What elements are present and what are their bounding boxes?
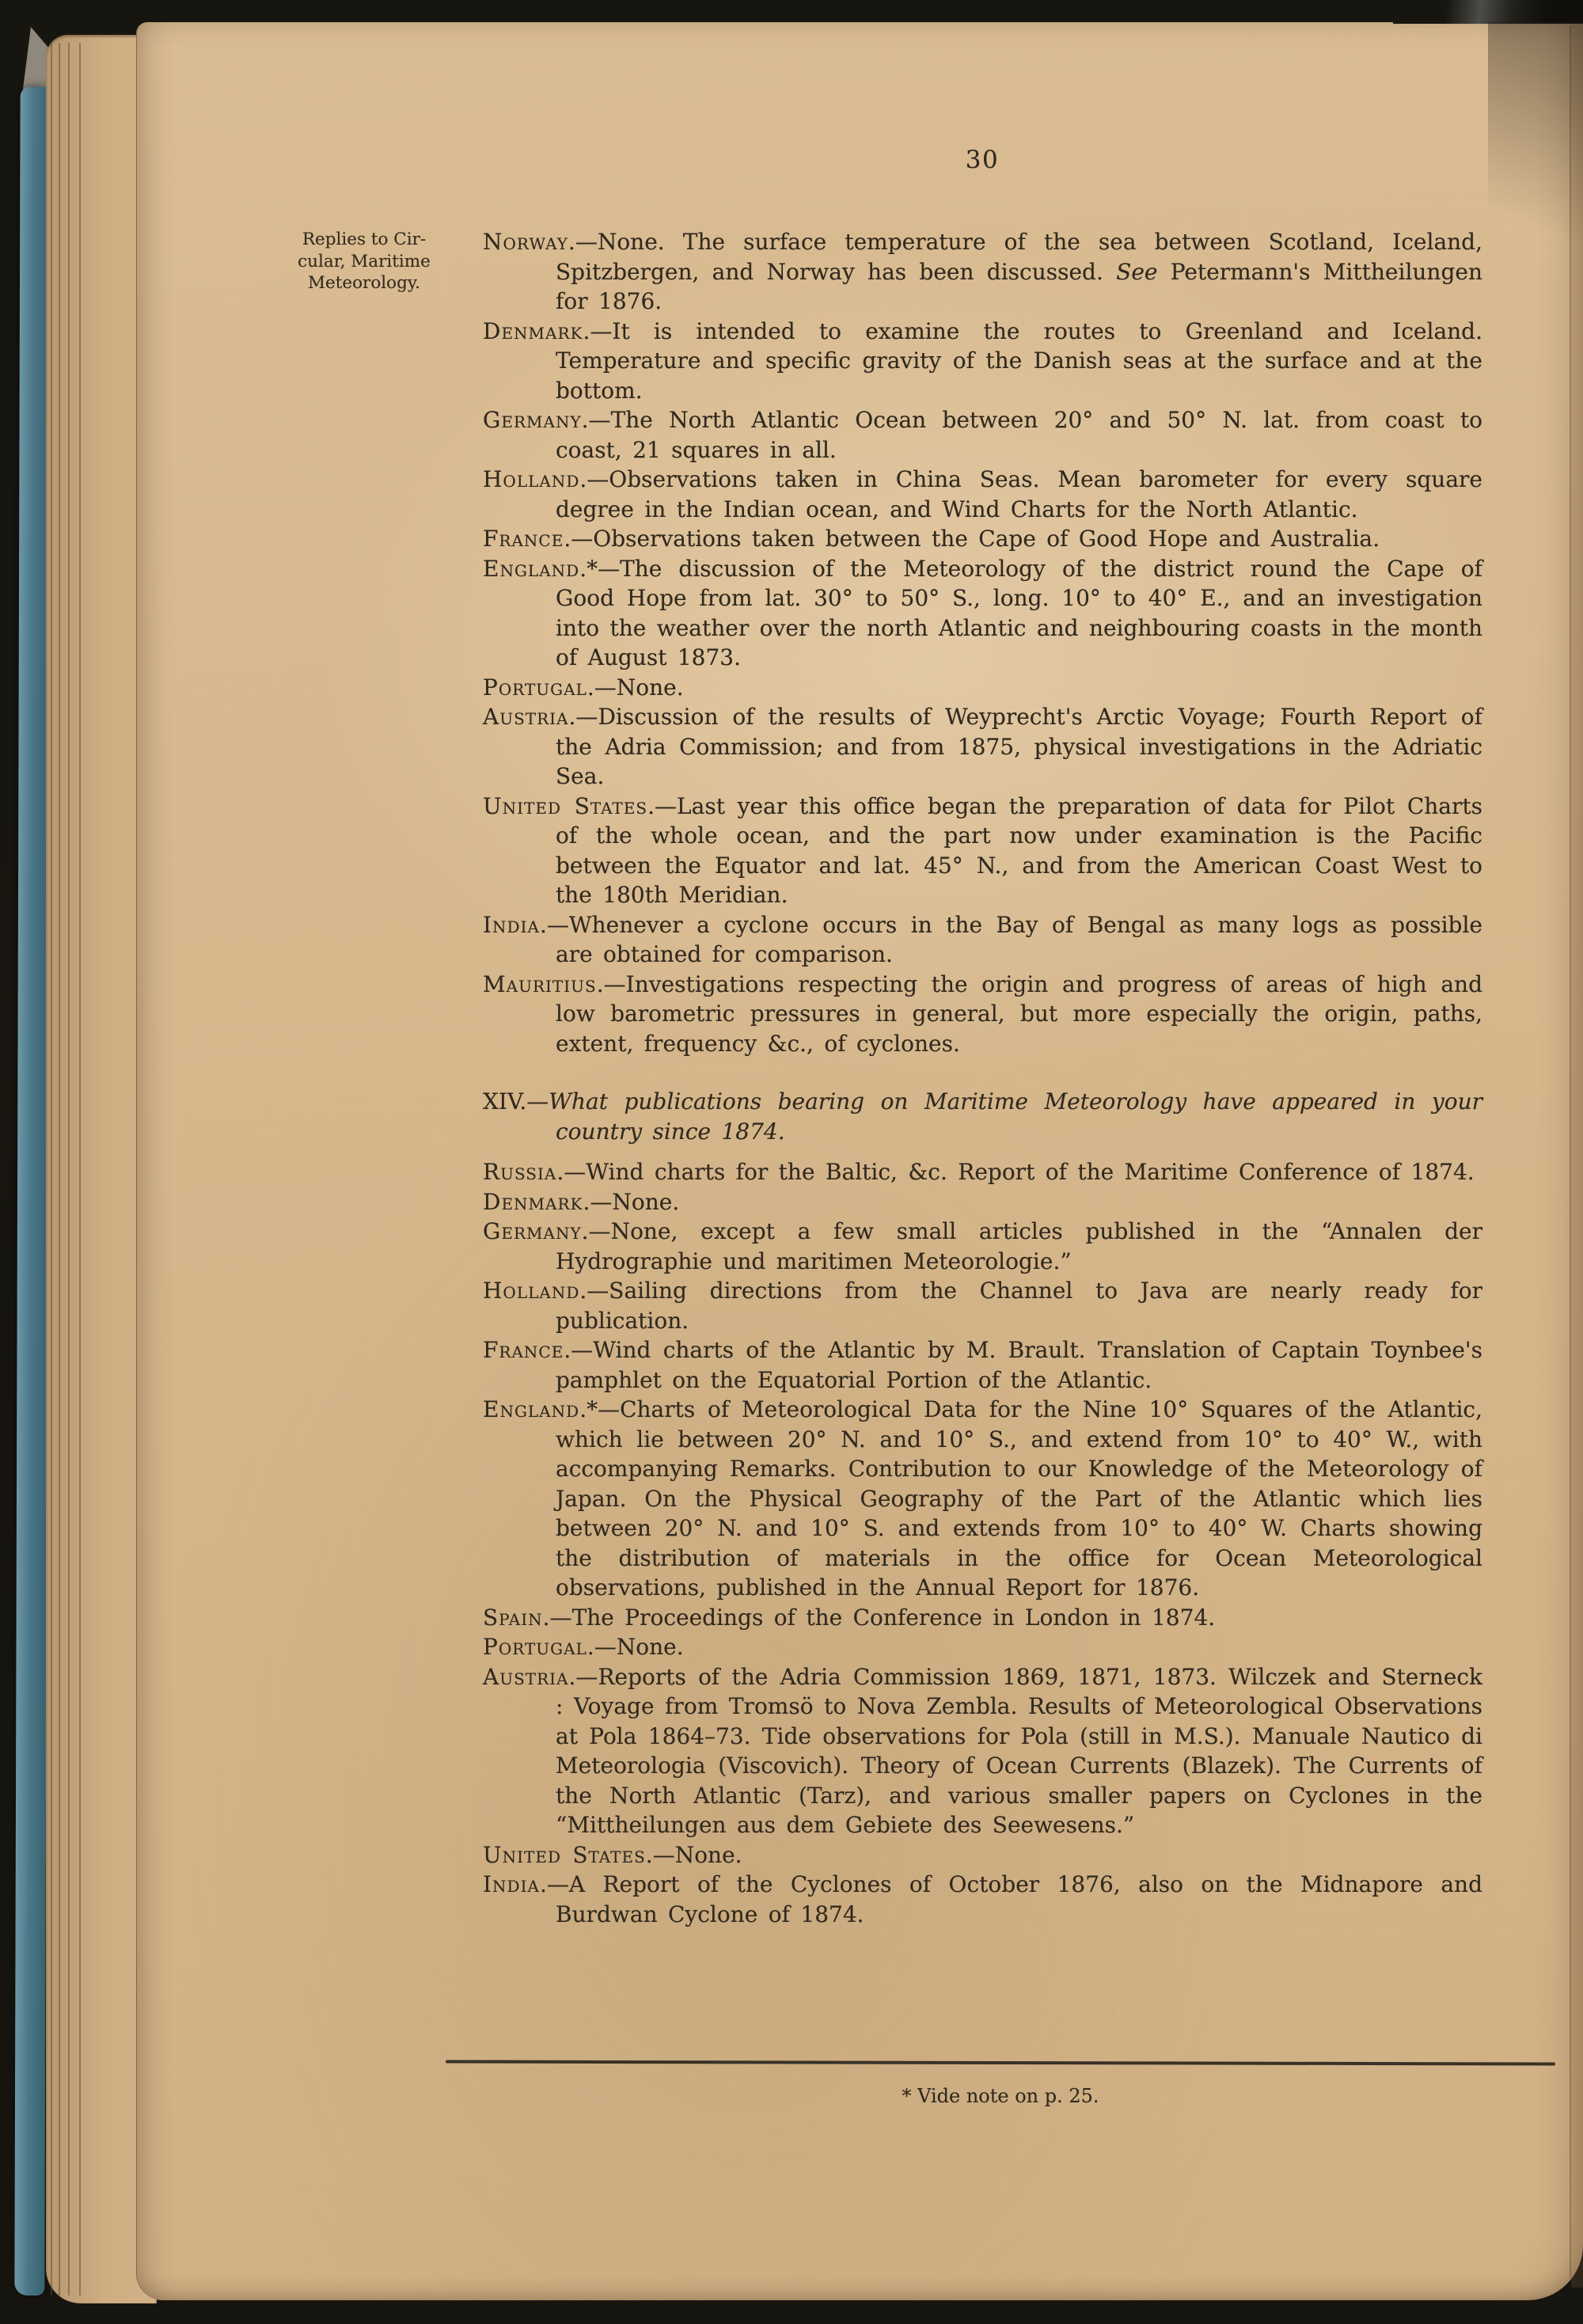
book-cover-edge (14, 87, 50, 2296)
publications-list: Russia.—Wind charts for the Baltic, &c. … (483, 1157, 1482, 1929)
page-number: 30 (483, 146, 1482, 174)
entry-text: None. (675, 1842, 742, 1868)
country-label: United States (483, 1842, 646, 1868)
country-label: Denmark (483, 318, 583, 344)
entry-separator: .*— (579, 1396, 620, 1422)
page-edge-line (51, 43, 52, 2296)
country-label: England (483, 556, 579, 582)
entry-text: Observations taken in China Seas. Mean b… (556, 466, 1482, 522)
entry-text: Discussion of the results of Weyprecht's… (556, 704, 1482, 789)
entry-text: Reports of the Adria Commission 1869, 18… (556, 1664, 1482, 1839)
entry-text: Observations taken between the Cape of G… (593, 526, 1380, 552)
country-label: Portugal (483, 1634, 587, 1660)
entry-separator: .— (587, 674, 617, 701)
country-label: England (483, 1396, 579, 1422)
country-entry: Denmark.—It is intended to examine the r… (483, 317, 1482, 406)
country-entry: United States.—Last year this office beg… (483, 792, 1482, 910)
replies-list: Norway.—None. The surface temperature of… (483, 227, 1482, 1058)
binding-corner (1393, 0, 1583, 24)
country-label: France (483, 526, 564, 552)
margin-note: Replies to Cir- cular, Maritime Meteorol… (275, 229, 453, 294)
margin-note-line: Replies to Cir- (302, 230, 426, 249)
entry-text: See (1116, 259, 1157, 285)
corner-shadow (1488, 22, 1583, 370)
country-label: Russia (483, 1159, 556, 1185)
country-label: Norway (483, 229, 568, 255)
entry-separator: .— (569, 1664, 598, 1690)
country-label: Mauritius (483, 971, 597, 997)
section-heading: XIV.—What publications bearing on Mariti… (483, 1087, 1482, 1146)
country-label: Germany (483, 407, 582, 433)
country-label: Germany (483, 1218, 582, 1244)
entry-text: A Report of the Cyclones of October 1876… (556, 1871, 1482, 1927)
entry-text: Wind charts for the Baltic, &c. Report o… (586, 1159, 1474, 1185)
country-label: Austria (483, 704, 569, 730)
entry-separator: .— (647, 793, 677, 819)
country-entry: Austria.—Discussion of the results of We… (483, 702, 1482, 792)
entry-separator: .— (540, 1871, 569, 1897)
country-entry: United States.—None. (483, 1840, 1482, 1870)
country-entry: England.*—The discussion of the Meteorol… (483, 554, 1482, 673)
entry-separator: .— (579, 1278, 609, 1304)
scanned-book-page: { "colors": { "paper": "#d6b78c", "cover… (0, 0, 1583, 2324)
entry-text: The Proceedings of the Conference in Lon… (572, 1604, 1216, 1631)
country-entry: England.*—Charts of Meteorological Data … (483, 1395, 1482, 1603)
country-label: United States (483, 793, 647, 819)
country-entry: India.—A Report of the Cyclones of Octob… (483, 1870, 1482, 1929)
entry-separator: .— (556, 1159, 586, 1185)
page-edge-line (68, 43, 70, 2296)
footnote: * Vide note on p. 25. (446, 2085, 1555, 2107)
country-entry: Germany.—The North Atlantic Ocean betwee… (483, 405, 1482, 465)
country-label: Holland (483, 466, 579, 492)
country-label: Holland (483, 1278, 579, 1304)
country-entry: Mauritius.—Investigations respecting the… (483, 970, 1482, 1059)
section-heading-text: What publications bearing on Maritime Me… (549, 1088, 1482, 1145)
country-entry: France.—Observations taken between the C… (483, 524, 1482, 554)
entry-text: None. (612, 1189, 679, 1215)
country-entry: Germany.—None, except a few small articl… (483, 1217, 1482, 1276)
entry-text: None, except a few small articles publis… (556, 1218, 1482, 1274)
country-label: Denmark (483, 1189, 583, 1215)
page-edge-line (79, 43, 81, 2296)
page-edge-line (59, 43, 60, 2296)
country-entry: France.—Wind charts of the Atlantic by M… (483, 1335, 1482, 1395)
entry-separator: .— (587, 1634, 617, 1660)
entry-separator: .— (569, 704, 598, 730)
entry-text: Sailing directions from the Channel to J… (556, 1278, 1482, 1334)
country-entry: Norway.—None. The surface temperature of… (483, 227, 1482, 317)
entry-text: None. (617, 674, 684, 701)
entry-text: It is intended to examine the routes to … (556, 318, 1482, 404)
margin-note-line: cular, Maritime (298, 252, 431, 272)
entry-text: Charts of Meteorological Data for the Ni… (556, 1396, 1482, 1601)
country-entry: Austria.—Reports of the Adria Commission… (483, 1662, 1482, 1840)
country-entry: Spain.—The Proceedings of the Conference… (483, 1603, 1482, 1633)
country-entry: Holland.—Observations taken in China Sea… (483, 465, 1482, 524)
entry-text: The North Atlantic Ocean between 20° and… (556, 407, 1482, 463)
entry-separator: .— (646, 1842, 675, 1868)
country-entry: Portugal.—None. (483, 673, 1482, 703)
entry-separator: .— (583, 1189, 612, 1215)
country-entry: Holland.—Sailing directions from the Cha… (483, 1276, 1482, 1335)
country-label: Portugal (483, 674, 587, 701)
entry-text: Investigations respecting the origin and… (556, 971, 1482, 1057)
entry-text: Whenever a cyclone occurs in the Bay of … (556, 912, 1482, 968)
entry-separator: .— (564, 1337, 593, 1363)
section-numeral: XIV.— (483, 1088, 549, 1115)
entry-separator: .— (568, 229, 598, 255)
country-label: Spain (483, 1604, 543, 1631)
country-entry: India.—Whenever a cyclone occurs in the … (483, 910, 1482, 970)
entry-separator: .— (582, 1218, 611, 1244)
margin-note-line: Meteorology. (308, 273, 420, 293)
entry-separator: .— (543, 1604, 572, 1631)
entry-text: Wind charts of the Atlantic by M. Brault… (556, 1337, 1482, 1393)
country-label: India (483, 1871, 540, 1897)
country-entry: Denmark.—None. (483, 1187, 1482, 1217)
country-entry: Portugal.—None. (483, 1632, 1482, 1662)
entry-text: Last year this office began the preparat… (556, 793, 1482, 909)
entry-separator: .— (582, 407, 611, 433)
entry-text: None. (617, 1634, 684, 1660)
country-label: Austria (483, 1664, 569, 1690)
entry-separator: .— (579, 466, 609, 492)
text-block: Norway.—None. The surface temperature of… (483, 227, 1482, 1929)
entry-text: The discussion of the Meteorology of the… (556, 556, 1482, 671)
country-label: France (483, 1337, 564, 1363)
entry-separator: .— (540, 912, 569, 938)
country-label: India (483, 912, 540, 938)
entry-separator: .— (564, 526, 593, 552)
country-entry: Russia.—Wind charts for the Baltic, &c. … (483, 1157, 1482, 1187)
entry-separator: .*— (579, 556, 620, 582)
entry-separator: .— (583, 318, 612, 344)
entry-separator: .— (597, 971, 626, 997)
